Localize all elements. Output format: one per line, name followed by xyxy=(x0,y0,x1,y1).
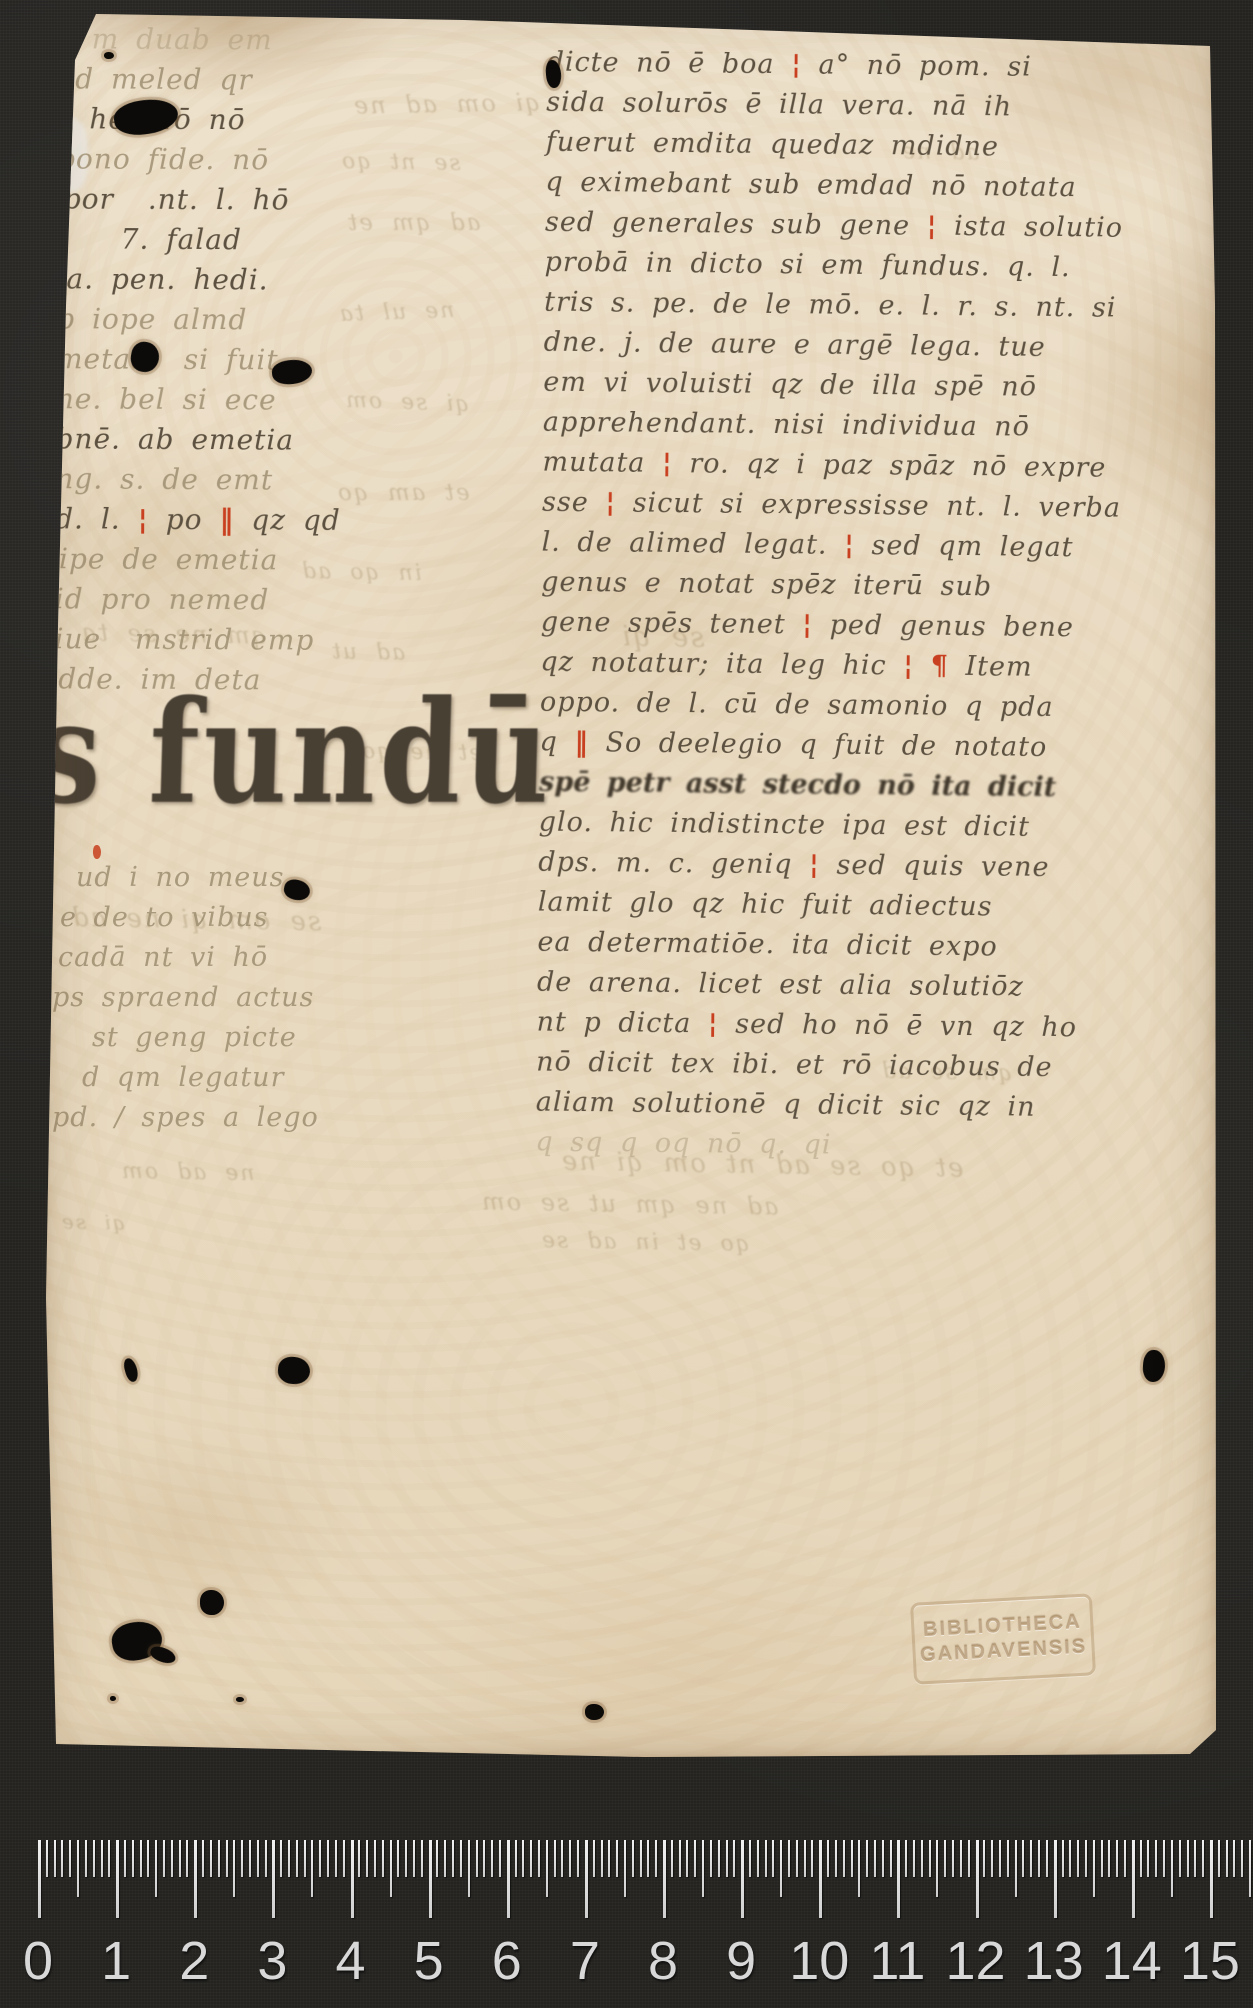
ruler-tick-mm xyxy=(866,1840,868,1877)
ruler-number: 15 xyxy=(1180,1934,1240,1988)
ruler-tick-mm xyxy=(515,1840,517,1877)
ruler-tick-mm xyxy=(1085,1840,1087,1877)
measurement-ruler: 0123456789101112131415 xyxy=(0,1836,1253,2008)
ruler-number: 9 xyxy=(726,1934,756,1988)
ruler-number: 11 xyxy=(869,1934,925,1988)
ruler-tick-mm xyxy=(1202,1840,1204,1877)
ruler-tick-mm xyxy=(1038,1840,1040,1877)
ruler-tick-mm xyxy=(280,1840,282,1877)
manuscript-line: d qm legatur xyxy=(82,1058,372,1098)
manuscript-line: e de to vibus xyxy=(60,898,372,938)
manuscript-line: sida solurōs ē illa vera. nā ih xyxy=(546,83,1206,130)
ruler-tick-mm xyxy=(788,1840,790,1877)
ruler-tick-mm xyxy=(968,1840,970,1877)
ruler-tick-mm xyxy=(1155,1840,1157,1877)
ruler-tick-mm xyxy=(397,1840,399,1877)
wormhole xyxy=(1142,1349,1166,1382)
manuscript-line: em vi voluisti qz de illa spē nō xyxy=(543,363,1203,410)
ruler-tick-mm xyxy=(554,1840,556,1877)
manuscript-line: oppo. de l. cū de samonio q pda xyxy=(540,683,1200,730)
ruler-tick-mm xyxy=(476,1840,478,1877)
ruler-tick-mm xyxy=(686,1840,688,1877)
ruler-tick-mm xyxy=(460,1840,462,1877)
ruler-number: 12 xyxy=(946,1934,1006,1988)
rubric-mark: ¦ xyxy=(605,487,616,518)
manuscript-line: glo. hic indistincte ipa est dicit xyxy=(539,803,1199,850)
ruler-tick-mm xyxy=(679,1840,681,1877)
manuscript-line: aliam solutionē q dicit sic qz in xyxy=(536,1083,1196,1130)
ruler-tick-mm xyxy=(374,1840,376,1877)
wormhole xyxy=(236,1697,244,1702)
manuscript-line: id pro nemed xyxy=(55,579,365,621)
ruler-tick-cm xyxy=(507,1840,510,1918)
ruler-tick-half xyxy=(390,1840,392,1897)
ruler-tick-mm xyxy=(85,1840,87,1877)
manuscript-leaf: qi om ad nese nt qoad qm etne ul taqi se… xyxy=(44,6,1216,1758)
ruler-tick-mm xyxy=(999,1840,1001,1877)
ruler-number: 0 xyxy=(23,1934,53,1988)
ruler-tick-mm xyxy=(1108,1840,1110,1877)
rubric-mark: ¶ xyxy=(931,651,950,682)
rubric-mark: ¦ xyxy=(708,1008,719,1039)
ruler-tick-mm xyxy=(241,1840,243,1877)
ruler-number: 7 xyxy=(570,1934,600,1988)
ruler-tick-mm xyxy=(1007,1840,1009,1877)
manuscript-line: iue mstrid emp xyxy=(54,619,364,661)
manuscript-line: sed generales sub gene ¦ ista solutio xyxy=(545,203,1205,250)
manuscript-line: fuerut emdita quedaz mdidne xyxy=(546,123,1206,170)
rubric-mark: ‖ xyxy=(574,727,589,758)
rubric-mark: ¦ xyxy=(809,849,820,880)
ruler-tick-mm xyxy=(179,1840,181,1877)
ruler-tick-cm xyxy=(429,1840,432,1918)
ruler-number: 3 xyxy=(257,1934,287,1988)
ruler-tick-mm xyxy=(882,1840,884,1877)
ruler-tick-mm xyxy=(811,1840,813,1877)
manuscript-line: dicte nō ē boa ¦ a° nō pom. si xyxy=(546,43,1206,90)
ruler-tick-mm xyxy=(569,1840,571,1877)
ruler-tick-mm xyxy=(452,1840,454,1877)
ruler-tick-mm xyxy=(1140,1840,1142,1877)
ruler-tick-mm xyxy=(319,1840,321,1877)
ruler-tick-half xyxy=(858,1840,860,1897)
ruler-tick-mm xyxy=(952,1840,954,1877)
ruler-tick-mm xyxy=(288,1840,290,1877)
ruler-tick-mm xyxy=(1179,1840,1181,1877)
ruler-tick-half xyxy=(702,1840,704,1897)
ruler-tick-mm xyxy=(1022,1840,1024,1877)
ruler-tick-mm xyxy=(733,1840,735,1877)
ruler-tick-mm xyxy=(147,1840,149,1877)
manuscript-line: st geng picte xyxy=(92,1018,372,1058)
ruler-tick-mm xyxy=(499,1840,501,1877)
rubric-mark: ‖ xyxy=(219,503,234,536)
manuscript-line: qz notatur; ita leg hic ¦ ¶ Item xyxy=(540,643,1200,690)
wormhole xyxy=(148,1644,177,1666)
manuscript-line: por .nt. l. hō xyxy=(63,179,367,221)
ruler-tick-mm xyxy=(530,1840,532,1877)
ruler-tick-mm xyxy=(796,1840,798,1877)
ruler-tick-mm xyxy=(593,1840,595,1877)
ruler-tick-mm xyxy=(218,1840,220,1877)
wormhole xyxy=(585,1704,604,1720)
ruler-tick-mm xyxy=(1226,1840,1228,1877)
ruler-tick-mm xyxy=(491,1840,493,1877)
ruler-number: 2 xyxy=(179,1934,209,1988)
ruler-tick-mm xyxy=(655,1840,657,1877)
ruler-tick-mm xyxy=(483,1840,485,1877)
manuscript-line: 7. falad xyxy=(121,220,367,261)
ruler-tick-mm xyxy=(804,1840,806,1877)
ruler-tick-mm xyxy=(249,1840,251,1877)
ruler-tick-mm xyxy=(1233,1840,1235,1877)
ruler-tick-mm xyxy=(929,1840,931,1877)
wormhole xyxy=(110,1696,116,1701)
ruler-tick-mm xyxy=(1046,1840,1048,1877)
manuscript-photo-stage: qi om ad nese nt qoad qm etne ul taqi se… xyxy=(0,0,1253,2008)
rubric-mark: ¦ xyxy=(844,530,855,561)
display-word-gothic: s fundū xyxy=(33,670,555,836)
ruler-tick-mm xyxy=(327,1840,329,1877)
ruler-tick-mm xyxy=(671,1840,673,1877)
ruler-tick-mm xyxy=(905,1840,907,1877)
ruler-tick-mm xyxy=(171,1840,173,1877)
bleedthrough-line: qo et in ad se xyxy=(540,1228,750,1257)
ruler-tick-mm xyxy=(413,1840,415,1877)
ruler-tick-mm xyxy=(757,1840,759,1877)
manuscript-line: ¦ het 2ō nō xyxy=(61,99,367,141)
ruler-tick-mm xyxy=(140,1840,142,1877)
ruler-tick-mm xyxy=(358,1840,360,1877)
ruler-number: 6 xyxy=(492,1934,522,1988)
manuscript-line: q sq q oq nō q. qi xyxy=(535,1123,1195,1170)
ruler-tick-mm xyxy=(851,1840,853,1877)
manuscript-line: gene spēs tenet ¦ ped genus bene xyxy=(541,603,1201,650)
ruler-number: 5 xyxy=(414,1934,444,1988)
ruler-tick-mm xyxy=(210,1840,212,1877)
left-text-column-lower: ud i no meuse de to vibuscadā nt vi hōps… xyxy=(52,858,372,1138)
ruler-tick-mm xyxy=(843,1840,845,1877)
manuscript-line: ne. bel si ece xyxy=(56,379,366,421)
manuscript-line: de arena. licet est alia solutiōz xyxy=(537,963,1197,1010)
ruler-tick-cm xyxy=(1210,1840,1213,1918)
ruler-tick-mm xyxy=(913,1840,915,1877)
ruler-number: 14 xyxy=(1102,1934,1162,1988)
rubric-mark: ¦ xyxy=(138,503,149,536)
rubric-mark: ¦ xyxy=(927,211,938,242)
manuscript-line: dne. j. de aure e argē lega. tue xyxy=(544,323,1204,370)
ruler-tick-mm xyxy=(991,1840,993,1877)
ruler-tick-half xyxy=(311,1840,313,1897)
ruler-tick-mm xyxy=(54,1840,56,1877)
manuscript-line: sse ¦ sicut si expressisse nt. l. verba xyxy=(542,483,1202,530)
manuscript-line: pono fide. nō xyxy=(57,139,367,181)
ruler-tick-half xyxy=(936,1840,938,1897)
ruler-tick-half xyxy=(468,1840,470,1897)
manuscript-line: nō dicit tex ibi. et rō iacobus de xyxy=(536,1043,1196,1090)
ruler-tick-mm xyxy=(601,1840,603,1877)
ruler-tick-cm xyxy=(585,1840,588,1918)
ruler-tick-mm xyxy=(1163,1840,1165,1877)
ruler-tick-mm xyxy=(726,1840,728,1877)
manuscript-line: probā in dicto si em fundus. q. l. xyxy=(544,243,1204,290)
ruler-tick-mm xyxy=(1194,1840,1196,1877)
ruler-tick-mm xyxy=(1069,1840,1071,1877)
ruler-tick-mm xyxy=(296,1840,298,1877)
ruler-tick-mm xyxy=(874,1840,876,1877)
ruler-tick-mm xyxy=(163,1840,165,1877)
ruler-tick-mm xyxy=(421,1840,423,1877)
manuscript-line: cadā nt vi hō xyxy=(58,938,372,978)
manuscript-line: ng. s. de emt xyxy=(55,459,365,501)
ruler-tick-mm xyxy=(827,1840,829,1877)
ruler-tick-mm xyxy=(640,1840,642,1877)
manuscript-line: dps. m. c. geniq ¦ sed quis vene xyxy=(538,843,1198,890)
ruler-tick-cm xyxy=(741,1840,744,1918)
manuscript-line: ad meled qr xyxy=(57,59,367,101)
manuscript-line: pd. / spes a lego xyxy=(52,1098,372,1138)
ruler-tick-mm xyxy=(226,1840,228,1877)
ruler-tick-mm xyxy=(561,1840,563,1877)
ruler-tick-cm xyxy=(116,1840,119,1918)
ruler-tick-mm xyxy=(890,1840,892,1877)
manuscript-line: a. pen. hedi. xyxy=(66,259,366,301)
ruler-tick-mm xyxy=(577,1840,579,1877)
manuscript-line: nt p dicta ¦ sed ho nō ē vn qz ho xyxy=(536,1003,1196,1050)
ruler-tick-half xyxy=(1171,1840,1173,1897)
bleedthrough-line: ad ne qm ut se om xyxy=(480,1187,779,1220)
ruler-tick-mm xyxy=(405,1840,407,1877)
manuscript-line: genus e notat spēz iterū sub xyxy=(541,563,1201,610)
manuscript-line: lamit glo qz hic fuit adiectus xyxy=(538,883,1198,930)
ruler-tick-mm xyxy=(1218,1840,1220,1877)
ruler-tick-half xyxy=(546,1840,548,1897)
ruler-tick-half xyxy=(1015,1840,1017,1897)
manuscript-line: ps spraend actus xyxy=(52,978,372,1018)
ruler-tick-mm xyxy=(1147,1840,1149,1877)
ruler-tick-cm xyxy=(897,1840,900,1918)
ruler-tick-mm xyxy=(749,1840,751,1877)
ruler-tick-cm xyxy=(272,1840,275,1918)
ruler-tick-mm xyxy=(108,1840,110,1877)
bleedthrough-line: ne ad om xyxy=(120,1159,255,1186)
ruler-tick-mm xyxy=(382,1840,384,1877)
ruler-tick-mm xyxy=(366,1840,368,1877)
ruler-tick-mm xyxy=(616,1840,618,1877)
library-blind-stamp: BIBLIOTHECA GANDAVENSIS xyxy=(910,1593,1096,1684)
bleedthrough-line: qi se xyxy=(60,1209,126,1234)
ruler-tick-mm xyxy=(186,1840,188,1877)
ruler-tick-mm xyxy=(132,1840,134,1877)
ruler-tick-mm xyxy=(202,1840,204,1877)
right-text-column: dicte nō ē boa ¦ a° nō pom. sisida solur… xyxy=(535,43,1207,1170)
ruler-tick-mm xyxy=(1116,1840,1118,1877)
ruler-tick-mm xyxy=(765,1840,767,1877)
ruler-tick-mm xyxy=(944,1840,946,1877)
ruler-tick-mm xyxy=(710,1840,712,1877)
manuscript-line: tris s. pe. de le mō. e. l. r. s. nt. si xyxy=(544,283,1204,330)
ruler-tick-mm xyxy=(1101,1840,1103,1877)
ruler-tick-mm xyxy=(960,1840,962,1877)
ruler-tick-mm xyxy=(608,1840,610,1877)
manuscript-line: d. l. ¦ po ‖ qz qd xyxy=(55,499,365,541)
rubric-mark: ¦ xyxy=(791,49,802,80)
ruler-tick-cm xyxy=(976,1840,979,1918)
ruler-tick-half xyxy=(77,1840,79,1897)
red-ink-fleck xyxy=(93,845,101,859)
ruler-tick-half xyxy=(233,1840,235,1897)
ruler-tick-mm xyxy=(1030,1840,1032,1877)
ruler-tick-mm xyxy=(444,1840,446,1877)
ruler-tick-mm xyxy=(69,1840,71,1877)
ruler-tick-mm xyxy=(1124,1840,1126,1877)
rubric-mark: ¦ xyxy=(662,448,673,479)
manuscript-line: ea determatiōe. ita dicit expo xyxy=(537,923,1197,970)
manuscript-line: q ‖ So deelegio q fuit de notato xyxy=(539,723,1199,770)
manuscript-line: m duab em xyxy=(92,19,368,60)
ruler-tick-cm xyxy=(819,1840,822,1918)
ruler-number: 10 xyxy=(789,1934,849,1988)
ruler-tick-cm xyxy=(1132,1840,1135,1918)
rubric-mark: ¦ xyxy=(903,650,914,681)
ruler-tick-mm xyxy=(647,1840,649,1877)
manuscript-line: ipe de emetia xyxy=(59,539,365,581)
ruler-tick-half xyxy=(1249,1840,1251,1897)
manuscript-line: spē petr asst stecdo nō ita dicit xyxy=(539,763,1199,810)
ruler-number: 1 xyxy=(101,1934,131,1988)
ruler-tick-mm xyxy=(436,1840,438,1877)
ruler-tick-mm xyxy=(983,1840,985,1877)
ruler-tick-half xyxy=(155,1840,157,1897)
ruler-tick-mm xyxy=(46,1840,48,1877)
ruler-tick-mm xyxy=(522,1840,524,1877)
rubric-mark: ¦ xyxy=(61,102,72,135)
ruler-tick-mm xyxy=(718,1840,720,1877)
wormhole xyxy=(200,1590,224,1615)
ruler-tick-half xyxy=(624,1840,626,1897)
ruler-tick-mm xyxy=(694,1840,696,1877)
ruler-tick-cm xyxy=(1054,1840,1057,1918)
left-text-column-upper: m duab emad meled qr¦ het 2ō nōpono fide… xyxy=(54,19,368,701)
manuscript-line: bnē. ab emetia xyxy=(55,419,365,461)
manuscript-line: l. de alimed legat. ¦ sed qm legat xyxy=(541,523,1201,570)
ruler-tick-mm xyxy=(1187,1840,1189,1877)
ruler-tick-mm xyxy=(538,1840,540,1877)
ruler-number: 13 xyxy=(1024,1934,1084,1988)
ruler-tick-mm xyxy=(93,1840,95,1877)
ruler-tick-mm xyxy=(1241,1840,1243,1877)
wormhole xyxy=(277,1356,311,1386)
ruler-tick-mm xyxy=(1062,1840,1064,1877)
ruler-tick-cm xyxy=(194,1840,197,1918)
ruler-tick-mm xyxy=(257,1840,259,1877)
ruler-tick-cm xyxy=(38,1840,41,1918)
manuscript-line: mutata ¦ ro. qz i paz spāz nō expre xyxy=(542,443,1202,490)
bleedthrough-line: qi om ad ne xyxy=(352,88,541,119)
manuscript-line: metad si fuit xyxy=(56,339,366,381)
ruler-tick-mm xyxy=(632,1840,634,1877)
ruler-tick-mm xyxy=(61,1840,63,1877)
ruler-tick-half xyxy=(780,1840,782,1897)
wormhole xyxy=(104,52,114,59)
manuscript-line: q eximebant sub emdad nō notata xyxy=(545,163,1205,210)
ruler-tick-mm xyxy=(835,1840,837,1877)
ruler-tick-mm xyxy=(101,1840,103,1877)
ruler-tick-mm xyxy=(265,1840,267,1877)
ruler-tick-mm xyxy=(335,1840,337,1877)
ruler-tick-mm xyxy=(772,1840,774,1877)
ruler-number: 4 xyxy=(335,1934,365,1988)
ruler-tick-mm xyxy=(921,1840,923,1877)
manuscript-line: ud i no meus xyxy=(76,858,372,898)
ruler-number: 8 xyxy=(648,1934,678,1988)
rubric-mark: ¦ xyxy=(802,609,813,640)
manuscript-line: apprehendant. nisi individua nō xyxy=(543,403,1203,450)
ruler-tick-mm xyxy=(304,1840,306,1877)
ruler-tick-half xyxy=(1093,1840,1095,1897)
manuscript-line: p iope almd xyxy=(56,299,366,341)
ruler-tick-mm xyxy=(124,1840,126,1877)
ruler-tick-mm xyxy=(1077,1840,1079,1877)
ruler-tick-mm xyxy=(343,1840,345,1877)
ruler-tick-cm xyxy=(663,1840,666,1918)
wormhole xyxy=(122,1357,140,1383)
ruler-tick-cm xyxy=(351,1840,354,1918)
